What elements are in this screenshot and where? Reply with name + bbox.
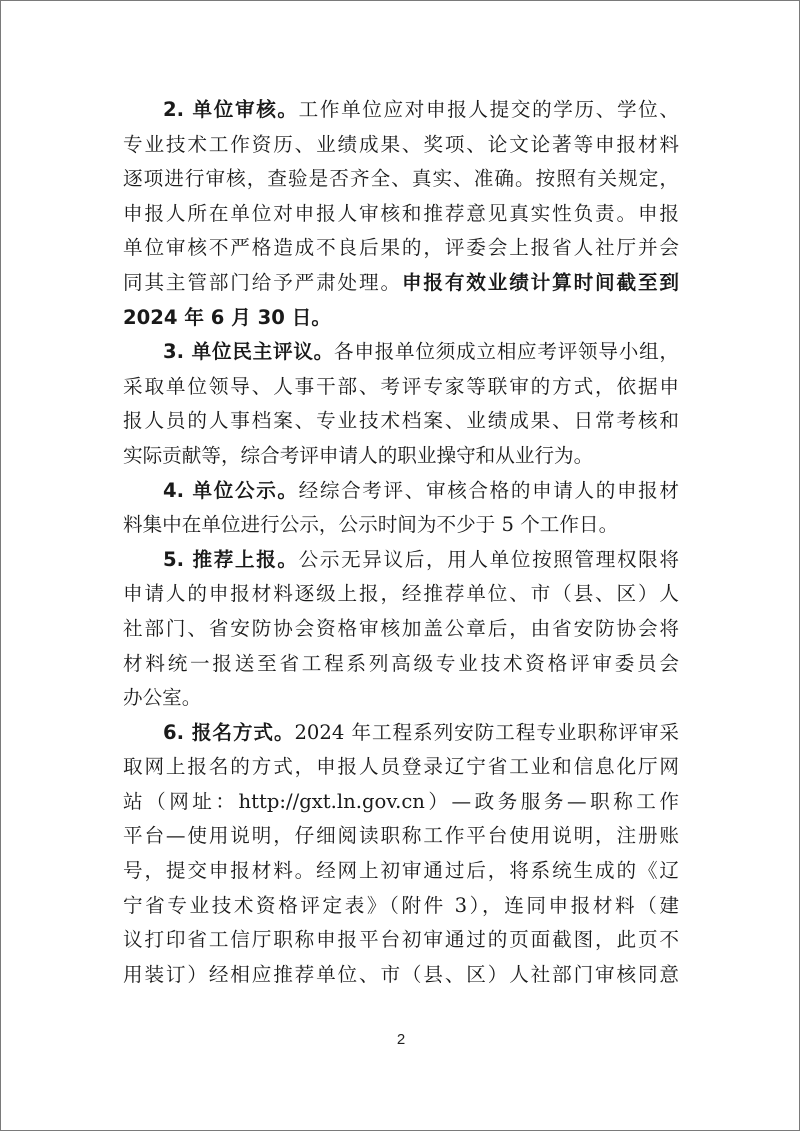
paragraph-line: 4. 单位公示。经综合考评、审核合格的申请人的申报材 (123, 474, 679, 509)
paragraph-line: 办公室。 (123, 681, 679, 716)
paragraph-line: 取网上报名的方式，申报人员登录辽宁省工业和信息化厅网 (123, 750, 679, 785)
paragraph-line: 采取单位领导、人事干部、考评专家等联审的方式，依据申 (123, 370, 679, 405)
paragraph-line: 申报人所在单位对申报人审核和推荐意见真实性负责。申报 (123, 197, 679, 232)
paragraph-line: 用装订）经相应推荐单位、市（县、区）人社部门审核同意 (123, 958, 679, 993)
section-heading: 2. 单位审核。 (163, 98, 299, 121)
emphasis-text: 申报有效业绩计算时间截至到 (402, 271, 679, 294)
paragraph-line: 专业技术工作资历、业绩成果、奖项、论文论著等申报材料 (123, 128, 679, 163)
section-heading: 6. 报名方式。 (163, 721, 294, 744)
paragraph-text: 工作单位应对申报人提交的学历、学位、 (299, 98, 679, 121)
section-unit-publicity: 4. 单位公示。经综合考评、审核合格的申请人的申报材 料集中在单位进行公示，公示… (123, 474, 679, 543)
paragraph-line: 单位审核不严格造成不良后果的，评委会上报省人社厅并会 (123, 231, 679, 266)
emphasis-date: 2024 年 6 月 30 日。 (123, 306, 331, 329)
paragraph-line: 号，提交申报材料。经网上初审通过后，将系统生成的《辽 (123, 854, 679, 889)
paragraph-text: 公示无异议后，用人单位按照管理权限将 (299, 548, 679, 571)
paragraph-line: 料集中在单位进行公示，公示时间为不少于 5 个工作日。 (123, 508, 679, 543)
section-unit-review: 2. 单位审核。工作单位应对申报人提交的学历、学位、 专业技术工作资历、业绩成果… (123, 93, 679, 335)
document-page: 2. 单位审核。工作单位应对申报人提交的学历、学位、 专业技术工作资历、业绩成果… (0, 0, 800, 1131)
paragraph-line: 申请人的申报材料逐级上报，经推荐单位、市（县、区）人 (123, 577, 679, 612)
paragraph-line: 同其主管部门给予严肃处理。申报有效业绩计算时间截至到 (123, 266, 679, 301)
section-recommend-submit: 5. 推荐上报。公示无异议后，用人单位按照管理权限将 申请人的申报材料逐级上报，… (123, 543, 679, 716)
paragraph-line: 2024 年 6 月 30 日。 (123, 301, 679, 336)
section-heading: 3. 单位民主评议。 (163, 340, 334, 363)
paragraph-text: 各申报单位须成立相应考评领导小组， (334, 340, 679, 363)
paragraph-line-with-url: 站（网址：http://gxt.ln.gov.cn）—政务服务—职称工作 (123, 785, 679, 820)
paragraph-line: 3. 单位民主评议。各申报单位须成立相应考评领导小组， (123, 335, 679, 370)
section-democratic-evaluation: 3. 单位民主评议。各申报单位须成立相应考评领导小组， 采取单位领导、人事干部、… (123, 335, 679, 473)
paragraph-line: 宁省专业技术资格评定表》（附件 3），连同申报材料（建 (123, 889, 679, 924)
paragraph-line: 实际贡献等，综合考评申请人的职业操守和从业行为。 (123, 439, 679, 474)
paragraph-line: 平台—使用说明，仔细阅读职称工作平台使用说明，注册账 (123, 819, 679, 854)
paragraph-line: 5. 推荐上报。公示无异议后，用人单位按照管理权限将 (123, 543, 679, 578)
paragraph-line: 逐项进行审核，查验是否齐全、真实、准确。按照有关规定， (123, 162, 679, 197)
page-number: 2 (1, 1031, 800, 1048)
paragraph-text: 2024 年工程系列安防工程专业职称评审采 (294, 721, 679, 744)
section-registration-method: 6. 报名方式。2024 年工程系列安防工程专业职称评审采 取网上报名的方式，申… (123, 716, 679, 993)
section-heading: 4. 单位公示。 (163, 479, 299, 502)
paragraph-text: 同其主管部门给予严肃处理。 (123, 271, 402, 294)
section-heading: 5. 推荐上报。 (163, 548, 299, 571)
paragraph-text: 经综合考评、审核合格的申请人的申报材 (299, 479, 679, 502)
paragraph-line: 议打印省工信厅职称申报平台初审通过的页面截图，此页不 (123, 923, 679, 958)
paragraph-line: 2. 单位审核。工作单位应对申报人提交的学历、学位、 (123, 93, 679, 128)
paragraph-line: 报人员的人事档案、专业技术档案、业绩成果、日常考核和 (123, 404, 679, 439)
paragraph-line: 6. 报名方式。2024 年工程系列安防工程专业职称评审采 (123, 716, 679, 751)
paragraph-line: 社部门、省安防协会资格审核加盖公章后，由省安防协会将 (123, 612, 679, 647)
paragraph-line: 材料统一报送至省工程系列高级专业技术资格评审委员会 (123, 647, 679, 682)
document-body: 2. 单位审核。工作单位应对申报人提交的学历、学位、 专业技术工作资历、业绩成果… (123, 93, 679, 992)
